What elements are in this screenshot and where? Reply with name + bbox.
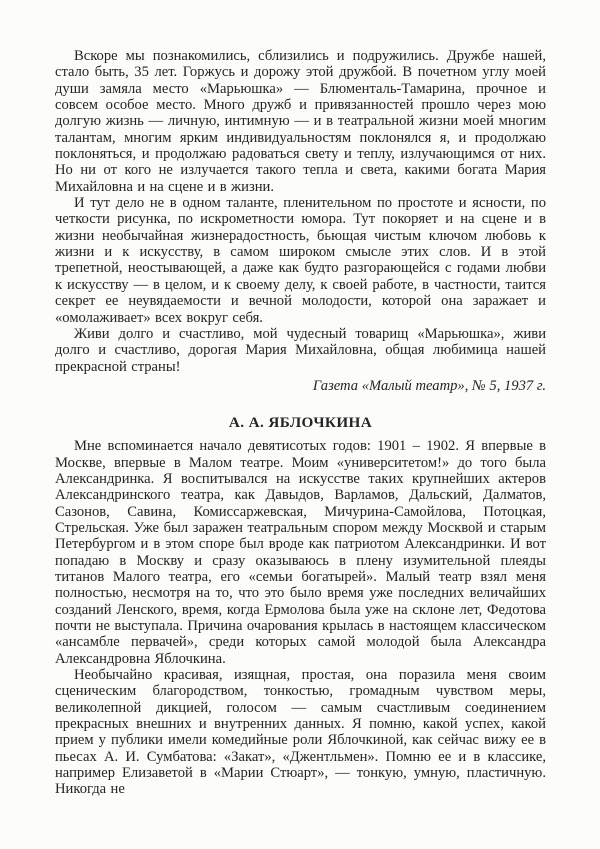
book-page: Вскоре мы познакомились, сблизились и по… [0, 0, 600, 849]
source-attribution: Газета «Малый театр», № 5, 1937 г. [55, 378, 546, 394]
page-text-column: Вскоре мы познакомились, сблизились и по… [55, 48, 546, 798]
paragraph-friendship: Вскоре мы познакомились, сблизились и по… [55, 48, 546, 195]
section-heading-yablochkina: А. А. ЯБЛОЧКИНА [55, 414, 546, 431]
paragraph-description: Необычайно красивая, изящная, простая, о… [55, 667, 546, 798]
paragraph-memories: Мне вспоминается начало девятисотых годо… [55, 438, 546, 667]
paragraph-wish: Живи долго и счастливо, мой чудесный тов… [55, 326, 546, 375]
paragraph-talent: И тут дело не в одном таланте, пленитель… [55, 195, 546, 326]
